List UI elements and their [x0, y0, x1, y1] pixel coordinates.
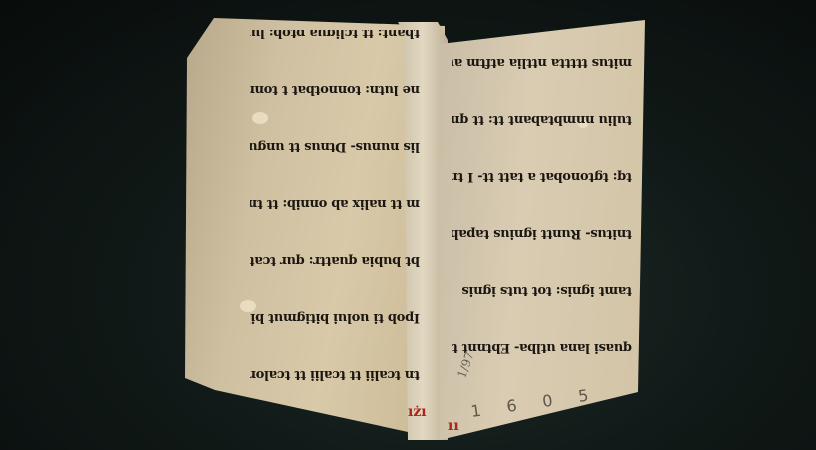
text-line: lis nunus- Dtnus tt ungurs tt- — [250, 137, 420, 156]
text-line: tbant: tt tcliqua ptob: luis ton- — [250, 30, 420, 42]
right-marginal-mark: ıı — [448, 418, 459, 434]
text-line: tnitus- Runtt ignius tapabus — [452, 224, 632, 243]
text-line: ne lutn: tonnotbat t tonnnu — [250, 80, 420, 99]
right-page-text: quasi lana utlba- Ebtnnt tt tamt ignis: … — [452, 25, 632, 395]
text-line: Ipob ti uolui bitigmut bilttct — [250, 308, 420, 327]
text-line: tn tcalii tt tcalii tt tcalori- — [250, 365, 420, 384]
text-line: quasi lana utlba- Ebtnnt tt — [452, 338, 632, 357]
text-line: tq: tgtonobat a tatt tt- I tnlia — [452, 167, 632, 186]
text-line: tamt ignis: tot tuts ignis — [452, 281, 632, 300]
left-marginal-mark: ıżı — [408, 404, 427, 420]
left-page-text: tn tcalii tt tcalii tt tcalori- Ipob ti … — [250, 30, 420, 422]
text-line: m tt nalix ab onnib: tt tmtib- — [250, 194, 420, 213]
text-line: mitus ttttta nttlia atftm aun — [452, 53, 632, 72]
text-line: tuliu nnmbtabant tt: tt qnur — [452, 110, 632, 129]
open-book: tn tcalii tt tcalii tt tcalori- Ipob ti … — [0, 0, 816, 450]
text-line: bt bubia quattr: qur tcat big- — [250, 251, 420, 270]
